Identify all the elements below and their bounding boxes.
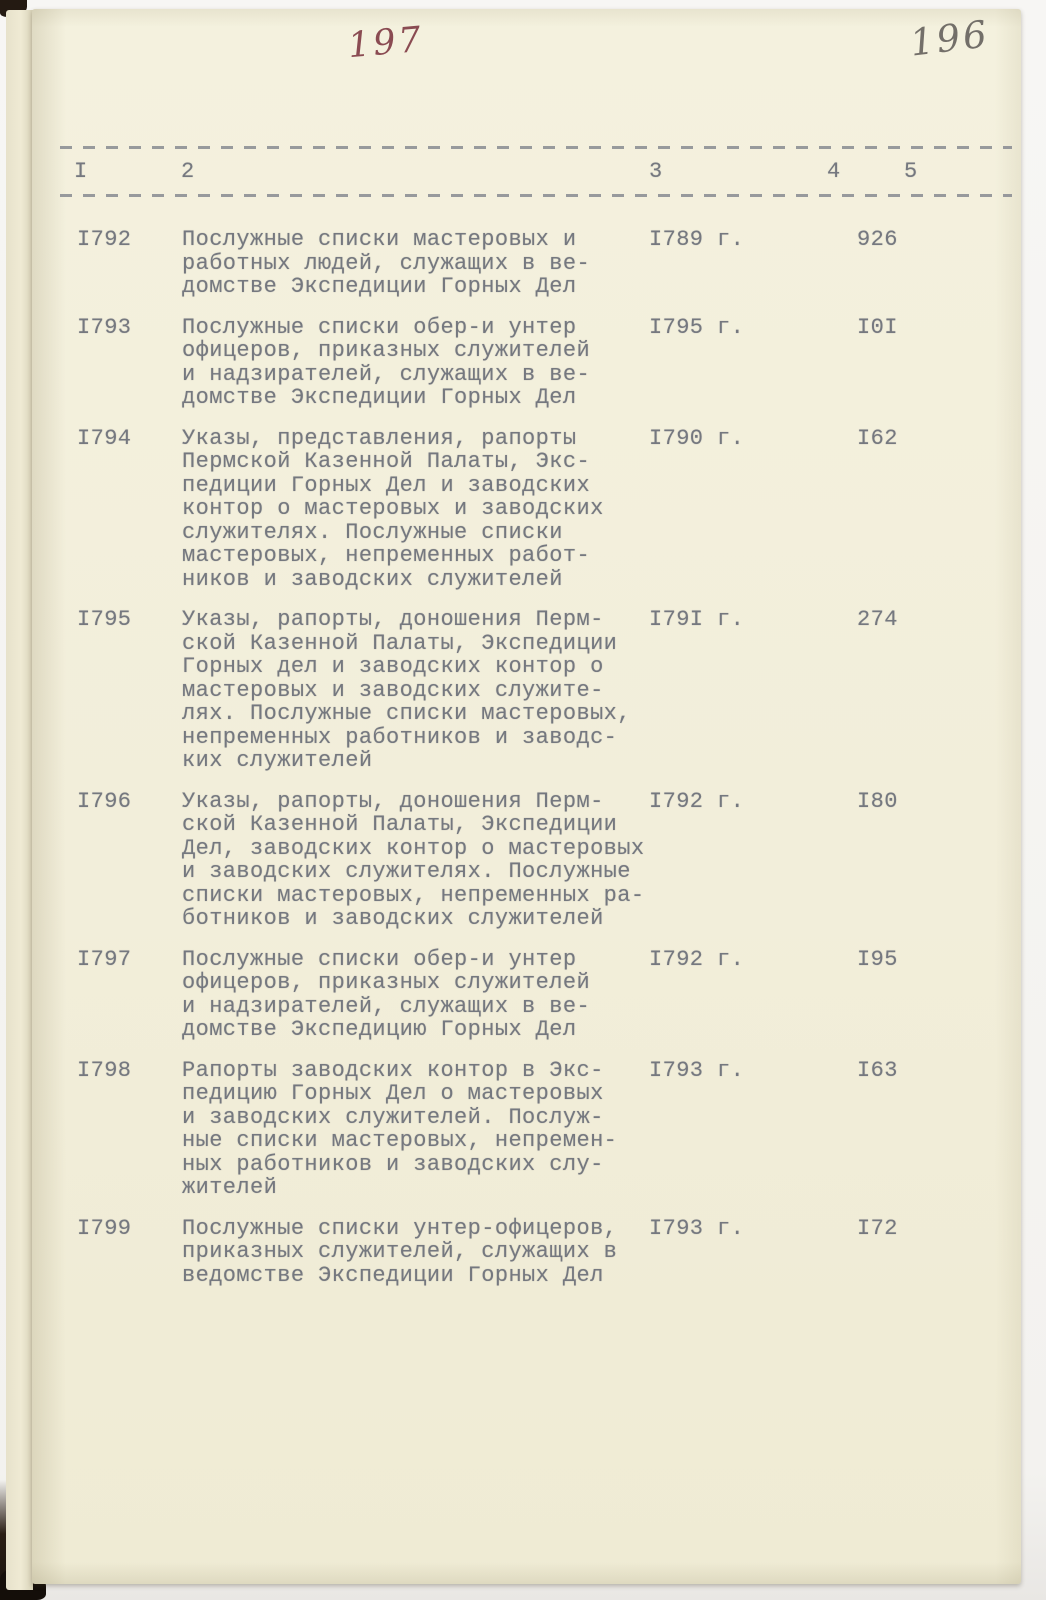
row-number: I799 bbox=[77, 1217, 182, 1288]
row-description: Рапорты заводских контор в Экс- педицию … bbox=[182, 1059, 649, 1200]
column-header-3: 3 bbox=[649, 160, 663, 184]
row-page-count: I95 bbox=[822, 948, 1021, 1042]
row-number: I792 bbox=[77, 228, 182, 299]
row-page-count: 274 bbox=[822, 608, 1021, 773]
row-description: Послужные списки унтер-офицеров, приказн… bbox=[182, 1217, 649, 1288]
row-description: Послужные списки обер-и унтер офицеров, … bbox=[182, 316, 649, 410]
table-row: I792 Послужные списки мастеровых и работ… bbox=[32, 228, 1021, 299]
row-number: I794 bbox=[77, 427, 182, 592]
table-column-headers: I 2 3 4 5 bbox=[32, 160, 1021, 190]
table-header-bottom-rule bbox=[60, 194, 1012, 197]
row-page-count: I72 bbox=[822, 1217, 1021, 1288]
row-year: I790 г. bbox=[649, 427, 822, 592]
table-row: I798 Рапорты заводских контор в Экс- пед… bbox=[32, 1059, 1021, 1200]
row-year: I793 г. bbox=[649, 1217, 822, 1288]
table-row: I799 Послужные списки унтер-офицеров, пр… bbox=[32, 1217, 1021, 1288]
table-header-top-rule bbox=[60, 146, 1012, 149]
page-number-center-handwritten: 197 bbox=[346, 20, 425, 66]
row-page-count: I0I bbox=[822, 316, 1021, 410]
column-header-2: 2 bbox=[181, 160, 195, 184]
page-number-right-handwritten: 196 bbox=[908, 12, 992, 64]
row-description: Послужные списки мастеровых и работных л… bbox=[182, 228, 649, 299]
row-number: I798 bbox=[77, 1059, 182, 1200]
previous-page-edge bbox=[6, 10, 33, 1590]
row-number: I796 bbox=[77, 790, 182, 931]
row-year: I792 г. bbox=[649, 790, 822, 931]
row-year: I789 г. bbox=[649, 228, 822, 299]
row-description: Послужные списки обер-и унтер офицеров, … bbox=[182, 948, 649, 1042]
table-row: I793 Послужные списки обер-и унтер офице… bbox=[32, 316, 1021, 410]
row-number: I795 bbox=[77, 608, 182, 773]
row-year: I795 г. bbox=[649, 316, 822, 410]
row-number: I797 bbox=[77, 948, 182, 1042]
table-row: I794 Указы, представления, рапорты Пермс… bbox=[32, 427, 1021, 592]
table-row: I795 Указы, рапорты, доношения Перм- ско… bbox=[32, 608, 1021, 773]
table-row: I796 Указы, рапорты, доношения Перм- ско… bbox=[32, 790, 1021, 931]
scanned-book-photo: 197 196 I 2 3 4 5 I792 Послужные списки … bbox=[0, 0, 1046, 1600]
document-page: 197 196 I 2 3 4 5 I792 Послужные списки … bbox=[32, 9, 1021, 1584]
row-page-count: I80 bbox=[822, 790, 1021, 931]
column-header-4: 4 bbox=[827, 160, 841, 184]
column-header-1: I bbox=[74, 160, 88, 184]
row-description: Указы, рапорты, доношения Перм- ской Каз… bbox=[182, 608, 649, 773]
row-description: Указы, представления, рапорты Пермской К… bbox=[182, 427, 649, 592]
row-page-count: I62 bbox=[822, 427, 1021, 592]
row-description: Указы, рапорты, доношения Перм- ской Каз… bbox=[182, 790, 649, 931]
row-page-count: I63 bbox=[822, 1059, 1021, 1200]
row-year: I792 г. bbox=[649, 948, 822, 1042]
inventory-table: I792 Послужные списки мастеровых и работ… bbox=[32, 228, 1021, 1304]
row-year: I793 г. bbox=[649, 1059, 822, 1200]
row-page-count: 926 bbox=[822, 228, 1021, 299]
column-header-5: 5 bbox=[904, 160, 918, 184]
table-row: I797 Послужные списки обер-и унтер офице… bbox=[32, 948, 1021, 1042]
row-number: I793 bbox=[77, 316, 182, 410]
row-year: I79I г. bbox=[649, 608, 822, 773]
